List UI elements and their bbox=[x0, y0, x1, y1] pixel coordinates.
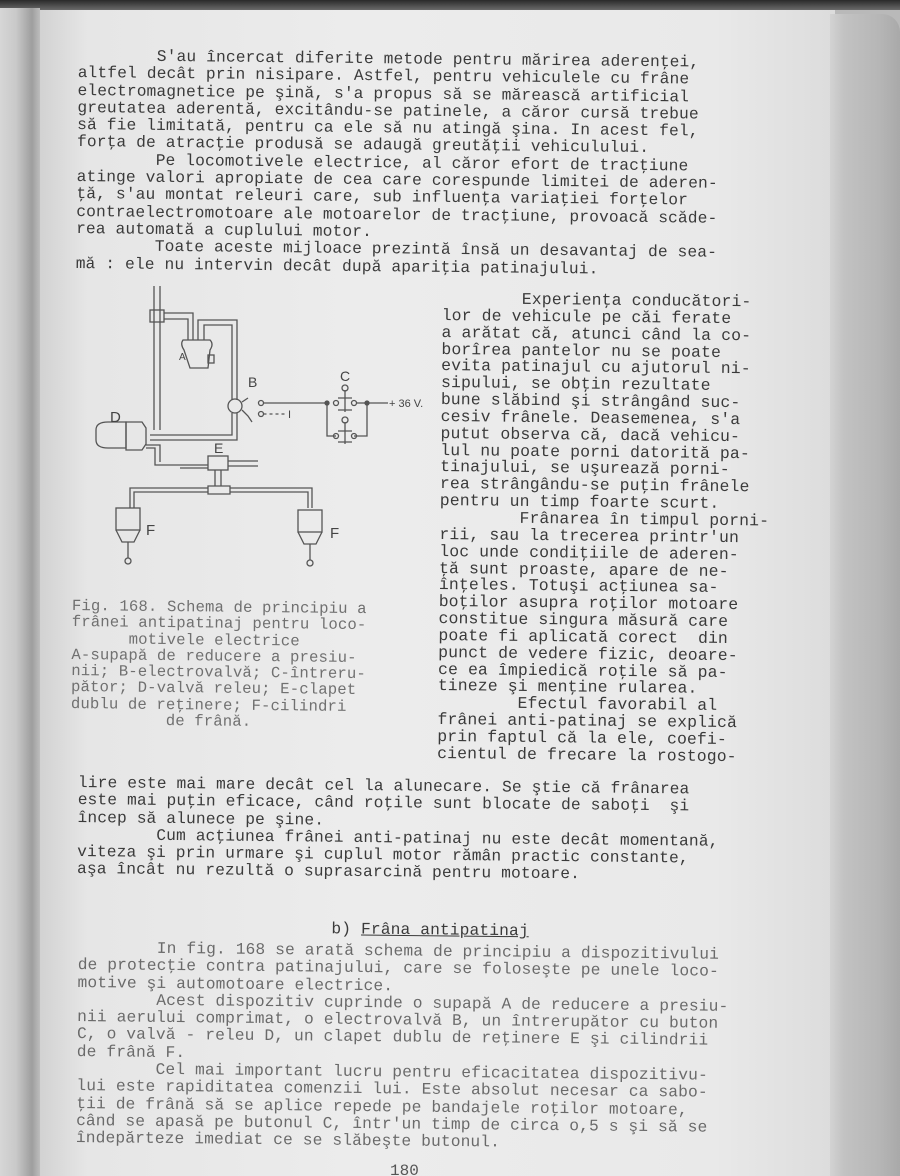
page-number: 180 bbox=[390, 1162, 419, 1176]
text-line: cientul de frecare la rostogo- bbox=[437, 746, 767, 766]
right-column-text: Experienţa conducători-lor de vehicule p… bbox=[437, 291, 771, 766]
label-b: B bbox=[248, 374, 257, 390]
antiskid-brake-schematic: A B C D E F F + 36 V. I bbox=[80, 280, 440, 600]
label-c: C bbox=[340, 368, 350, 384]
label-d: D bbox=[110, 409, 121, 426]
section-heading-title: Frâna antipatinaj bbox=[361, 921, 529, 941]
final-text: In fig. 168 se arată schema de principiu… bbox=[76, 940, 729, 1154]
book-gutter bbox=[0, 8, 40, 1176]
label-e: E bbox=[214, 440, 223, 456]
figure-caption: Fig. 168. Schema de principiu afrânei an… bbox=[71, 598, 367, 731]
label-voltage: + 36 V. bbox=[389, 398, 423, 410]
label-f-left: F bbox=[146, 522, 155, 539]
section-heading-prefix: b) bbox=[331, 921, 361, 939]
continuation-text: lire este mai mare decât cel la alunecar… bbox=[77, 775, 719, 885]
section-heading: b) Frâna antipatinaj bbox=[312, 904, 529, 941]
page-stack-edge bbox=[830, 14, 900, 1176]
label-a: A bbox=[179, 352, 186, 363]
label-i: I bbox=[288, 409, 291, 421]
scan-top-edge bbox=[0, 0, 900, 10]
intro-text: S'au încercat diferite metode pentru măr… bbox=[76, 48, 719, 280]
label-f-right: F bbox=[330, 525, 339, 542]
